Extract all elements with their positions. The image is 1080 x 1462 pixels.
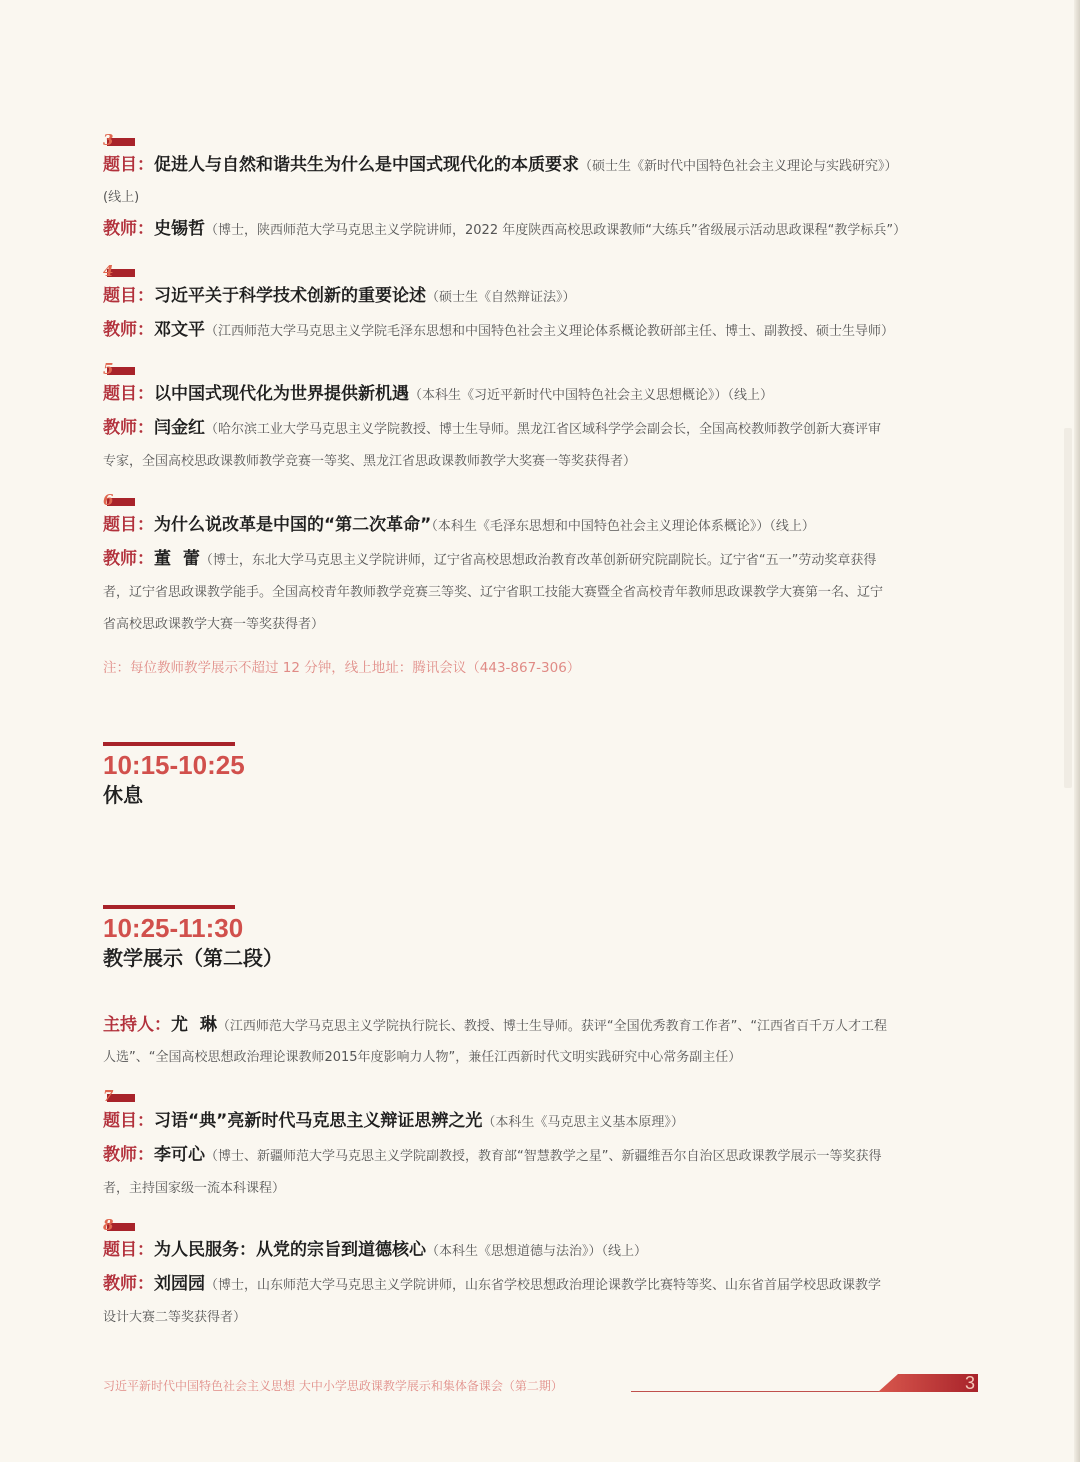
topic-label: 题目： — [103, 1111, 154, 1131]
page-edge — [1074, 0, 1080, 1462]
host-label: 主持人： — [103, 1015, 171, 1035]
topic-meta-cont: (线上) — [103, 183, 978, 213]
topic-title: 习语“典”亮新时代马克思主义辩证思辨之光 — [154, 1111, 482, 1131]
program-item-4: 4 题目：习近平关于科学技术创新的重要论述（硕士生《自然辩证法》） 教师：邓文平… — [103, 265, 978, 348]
teacher-bio: （江西师范大学马克思主义学院毛泽东思想和中国特色社会主义理论体系概论教研部主任、… — [205, 324, 894, 339]
session2-title: 教学展示（第二段） — [103, 943, 283, 973]
teacher-name: 刘园园 — [154, 1274, 205, 1294]
item-number-badge: 4 — [103, 265, 135, 277]
topic-title: 为人民服务：从党的宗旨到道德核心 — [154, 1240, 426, 1260]
break-title: 休息 — [103, 780, 245, 810]
teacher-bio-cont: 者，辽宁省思政课教学能手。全国高校青年教师教学竞赛三等奖、辽宁省职工技能大赛暨全… — [103, 577, 978, 609]
topic-label: 题目： — [103, 1240, 154, 1260]
program-item-3: 3 题目：促进人与自然和谐共生为什么是中国式现代化的本质要求（硕士生《新时代中国… — [103, 134, 978, 247]
teacher-bio: （博士，山东师范大学马克思主义学院讲师，山东省学校思想政治理论课教学比赛特等奖、… — [205, 1278, 881, 1293]
item-number-badge: 8 — [103, 1219, 135, 1231]
teacher-bio-cont2: 省高校思政课教学大赛一等奖获得者） — [103, 609, 978, 641]
host-bio-cont: 人选”、“全国高校思想政治理论课教师2015年度影响力人物”，兼任江西新时代文明… — [103, 1043, 978, 1073]
teacher-name: 史锡哲 — [154, 219, 205, 239]
teacher-bio: （博士，东北大学马克思主义学院讲师，辽宁省高校思想政治教育改革创新研究院副院长。… — [200, 553, 876, 568]
topic-meta: （硕士生《新时代中国特色社会主义理论与实践研究》） — [579, 159, 898, 174]
footer-title: 习近平新时代中国特色社会主义思想 大中小学思政课教学展示和集体备课会（第二期） — [103, 1377, 563, 1394]
topic-label: 题目： — [103, 384, 154, 404]
teacher-label: 教师： — [103, 1274, 154, 1294]
host-name: 尤 琳 — [171, 1015, 217, 1035]
time-rule — [103, 905, 235, 909]
host-bio: （江西师范大学马克思主义学院执行院长、教授、博士生导师。获评“全国优秀教育工作者… — [217, 1019, 887, 1034]
teacher-bio-cont: 专家，全国高校思政课教师教学竞赛一等奖、黑龙江省思政课教师教学大奖赛一等奖获得者… — [103, 446, 978, 478]
teacher-name: 邓文平 — [154, 320, 205, 340]
program-item-7: 7 题目：习语“典”亮新时代马克思主义辩证思辨之光（本科生《马克思主义基本原理》… — [103, 1090, 978, 1205]
item-number-badge: 6 — [103, 494, 135, 506]
teacher-label: 教师： — [103, 320, 154, 340]
topic-meta: （本科生《毛泽东思想和中国特色社会主义理论体系概论》）（线上） — [431, 519, 815, 534]
item-number-badge: 3 — [103, 134, 135, 146]
topic-title: 以中国式现代化为世界提供新机遇 — [154, 384, 409, 404]
session2-time: 10:25-11:30 — [103, 913, 283, 943]
topic-title: 促进人与自然和谐共生为什么是中国式现代化的本质要求 — [154, 155, 579, 175]
teacher-bio: （博士，陕西师范大学马克思主义学院讲师，2022 年度陕西高校思政课教师“大练兵… — [205, 223, 906, 238]
teacher-label: 教师： — [103, 1145, 154, 1165]
teacher-label: 教师： — [103, 418, 154, 438]
teacher-name: 董 蕾 — [154, 549, 200, 569]
program-item-6: 6 题目：为什么说改革是中国的“第二次革命”（本科生《毛泽东思想和中国特色社会主… — [103, 494, 978, 641]
teacher-label: 教师： — [103, 219, 154, 239]
page-footer: 习近平新时代中国特色社会主义思想 大中小学思政课教学展示和集体备课会（第二期） … — [103, 1374, 978, 1398]
session2-block: 10:25-11:30 教学展示（第二段） — [103, 905, 283, 973]
topic-meta: （本科生《马克思主义基本原理》） — [482, 1115, 684, 1130]
page-number: 3 — [965, 1373, 975, 1393]
topic-meta: （本科生《习近平新时代中国特色社会主义思想概论》）（线上） — [409, 388, 773, 403]
teacher-bio-cont: 设计大赛二等奖获得者） — [103, 1302, 978, 1334]
teacher-bio: （哈尔滨工业大学马克思主义学院教授、博士生导师。黑龙江省区域科学学会副会长，全国… — [205, 422, 881, 437]
time-rule — [103, 742, 235, 746]
host-info: 主持人：尤 琳（江西师范大学马克思主义学院执行院长、教授、博士生导师。获评“全国… — [103, 1009, 978, 1073]
topic-title: 习近平关于科学技术创新的重要论述 — [154, 286, 426, 306]
item-number-badge: 7 — [103, 1090, 135, 1102]
topic-meta: （本科生《思想道德与法治》）（线上） — [426, 1244, 647, 1259]
teacher-bio-cont: 者，主持国家级一流本科课程） — [103, 1173, 978, 1205]
teacher-name: 李可心 — [154, 1145, 205, 1165]
teacher-label: 教师： — [103, 549, 154, 569]
break-block: 10:15-10:25 休息 — [103, 742, 245, 810]
item-number-badge: 5 — [103, 363, 135, 375]
topic-label: 题目： — [103, 155, 154, 175]
page-number-tab: 3 — [878, 1374, 978, 1392]
topic-label: 题目： — [103, 286, 154, 306]
topic-title: 为什么说改革是中国的“第二次革命” — [154, 515, 431, 535]
program-item-8: 8 题目：为人民服务：从党的宗旨到道德核心（本科生《思想道德与法治》）（线上） … — [103, 1219, 978, 1334]
topic-meta: （硕士生《自然辩证法》） — [426, 290, 576, 305]
teacher-name: 闫金红 — [154, 418, 205, 438]
break-time: 10:15-10:25 — [103, 750, 245, 780]
program-item-5: 5 题目：以中国式现代化为世界提供新机遇（本科生《习近平新时代中国特色社会主义思… — [103, 363, 978, 478]
note-text: 注：每位教师教学展示不超过 12 分钟，线上地址：腾讯会议（443-867-30… — [103, 656, 580, 676]
topic-label: 题目： — [103, 515, 154, 535]
scrollbar-thumb[interactable] — [1064, 428, 1072, 788]
teacher-bio: （博士、新疆师范大学马克思主义学院副教授，教育部“智慧教学之星”、新疆维吾尔自治… — [205, 1149, 881, 1164]
